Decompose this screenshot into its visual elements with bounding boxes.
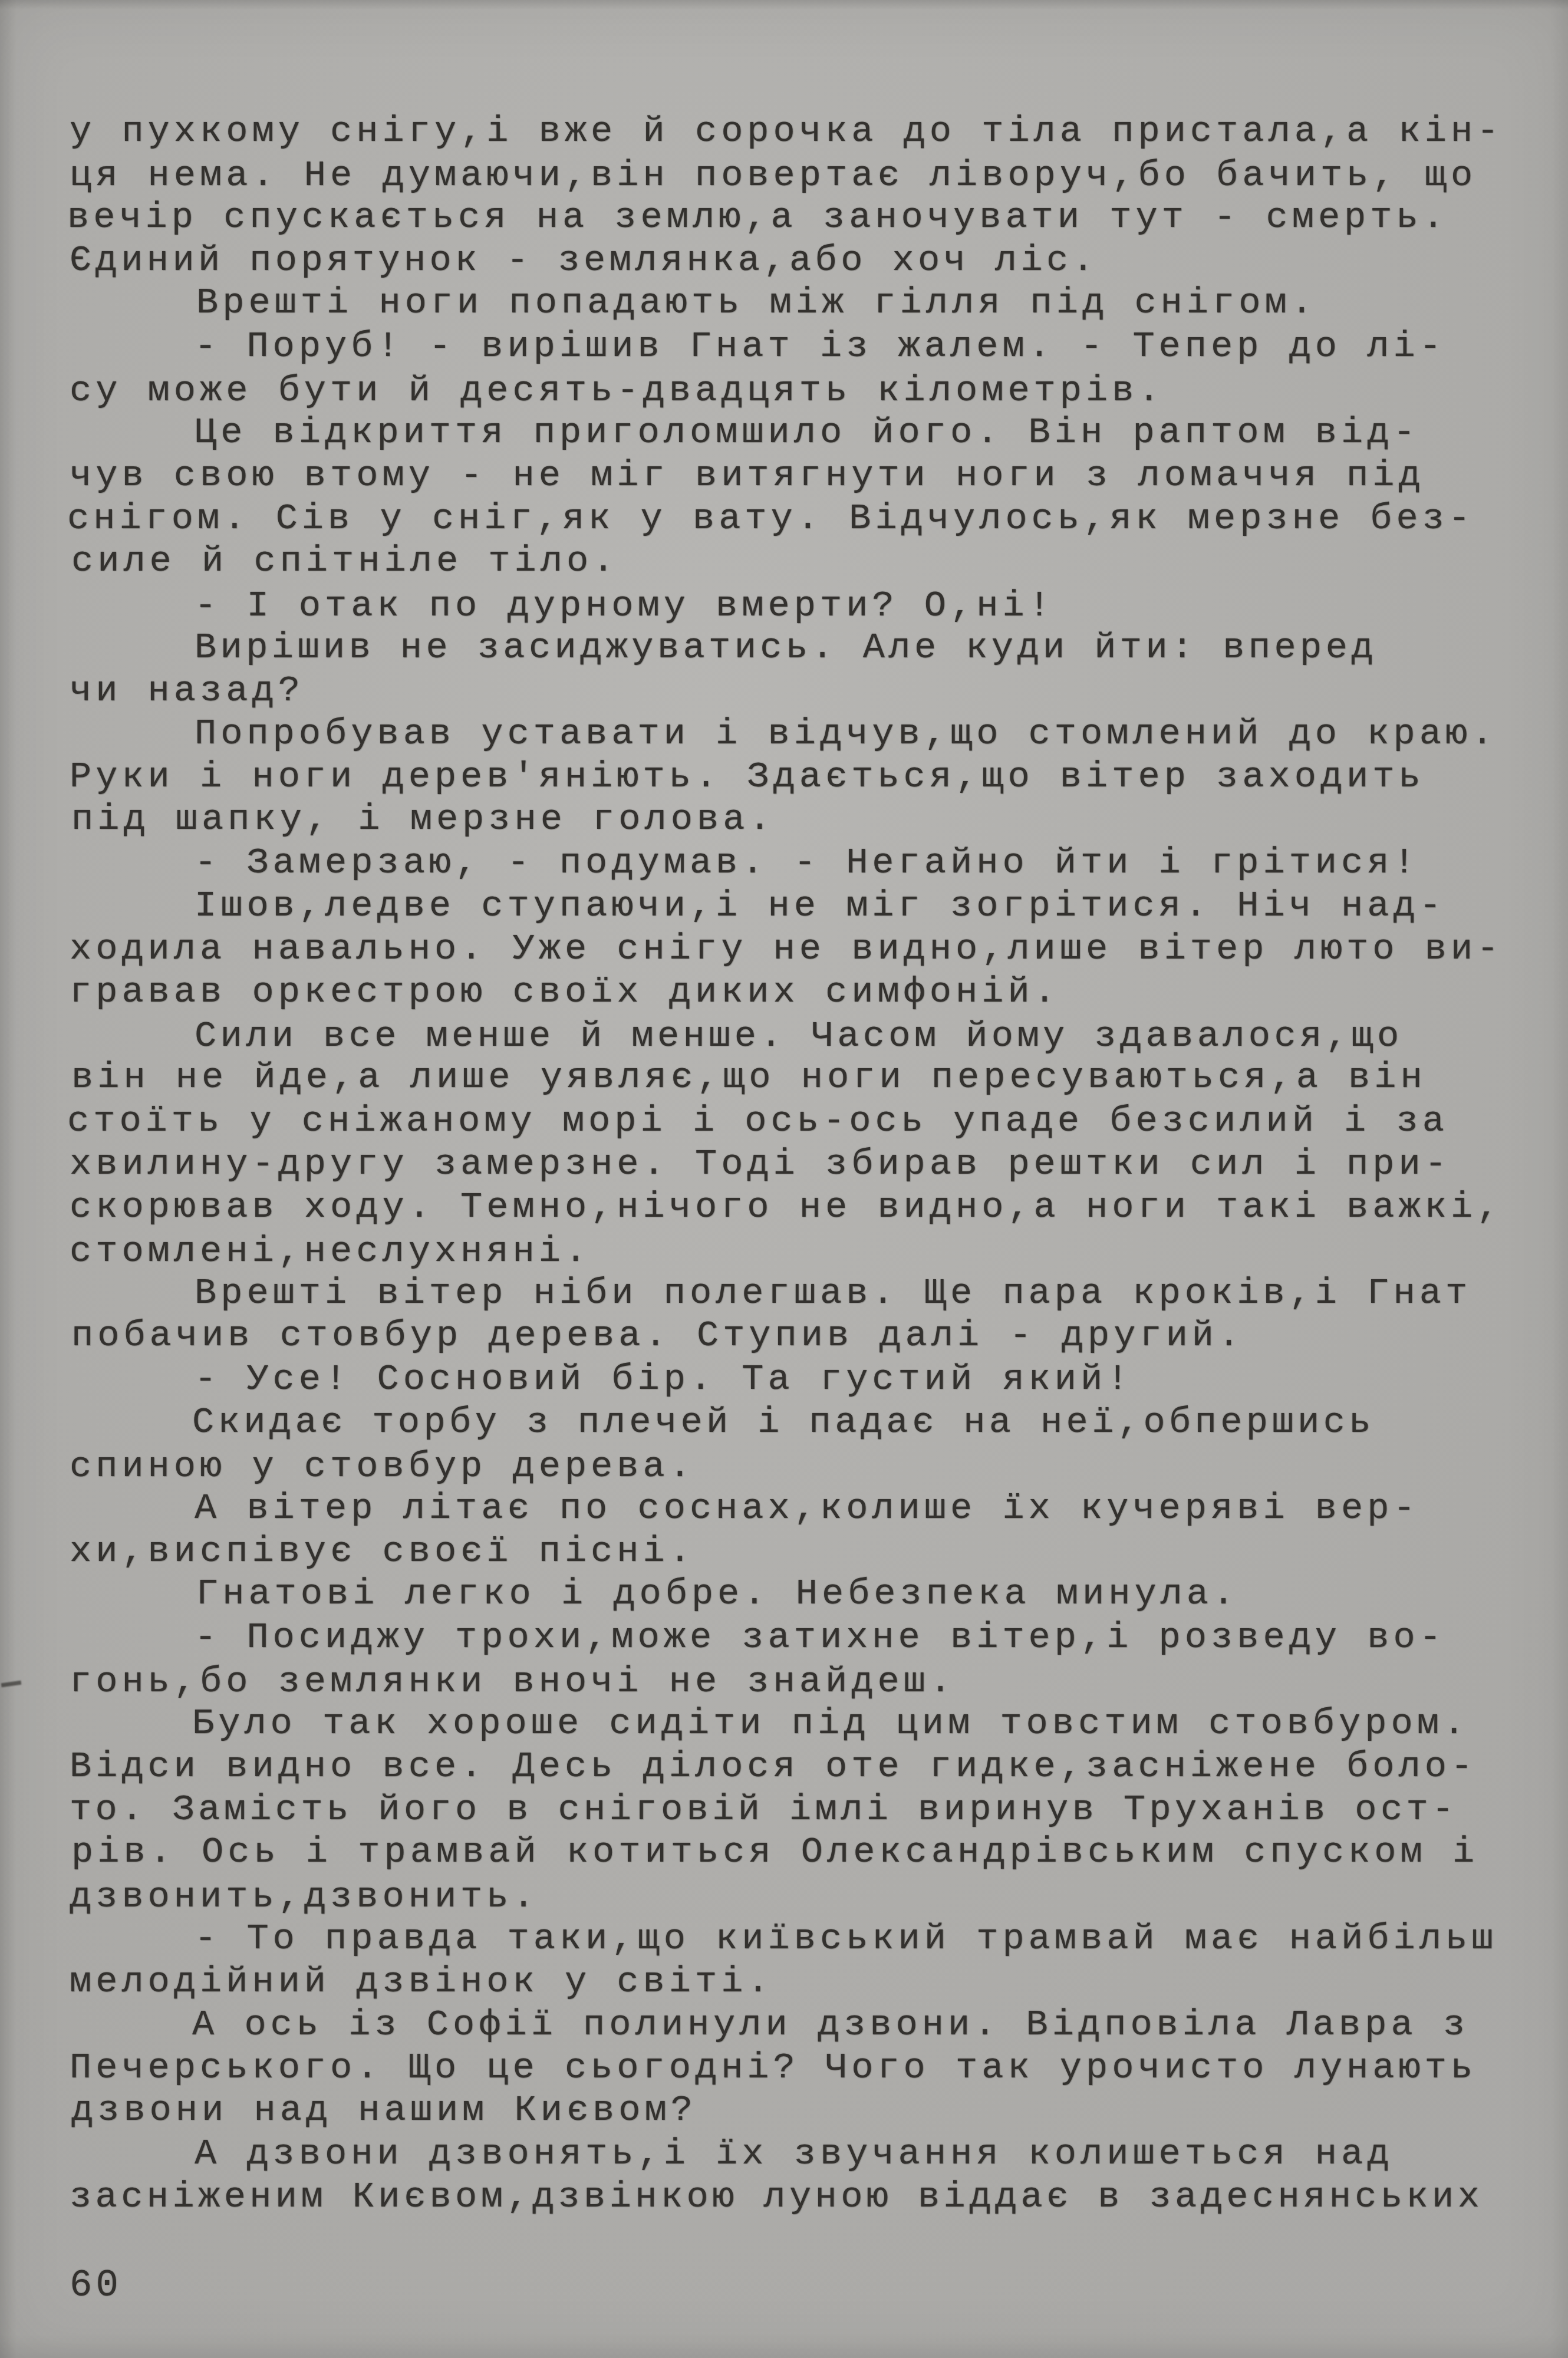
text-line: стоїть у сніжаному морі і ось-ось упаде … (67, 1099, 1553, 1142)
text-line: Врешті ноги попадають між гілля під сніг… (71, 281, 1557, 324)
text-line: дзвони над нашим Києвом? (71, 2089, 1557, 2132)
text-line: спиною у стовбур дерева. (70, 1445, 1555, 1488)
text-line: хвилину-другу замерзне. Тоді збирав решт… (70, 1142, 1555, 1185)
text-line: Руки і ноги дерев'яніють. Здається,що ві… (70, 755, 1555, 798)
text-line: - Поруб! - вирішив Гнат із жалем. - Тепе… (70, 325, 1555, 368)
text-line: А вітер літає по соснах,колише їх кучеря… (70, 1487, 1555, 1530)
typewritten-text-block: у пухкому снігу,і вже й сорочка до тіла … (70, 110, 1555, 2218)
text-line: су може бути й десять-двадцять кілометрі… (70, 369, 1555, 412)
text-line: рів. Ось і трамвай котиться Олександрівс… (71, 1830, 1557, 1873)
text-line: Печерського. Що це сьогодні? Чого так ур… (70, 2046, 1555, 2089)
text-line: гравав оркестрою своїх диких симфоній. (70, 970, 1555, 1013)
text-line: - Посиджу трохи,може затихне вітер,і роз… (70, 1616, 1555, 1659)
text-line: А ось із Софії полинули дзвони. Відповіл… (67, 2003, 1553, 2046)
text-line: - То правда таки,що київський трамвай ма… (70, 1917, 1555, 1960)
scan-artifact-mark (1, 1681, 22, 1688)
text-line: стомлені,неслухняні. (70, 1230, 1555, 1273)
text-line: Єдиний порятунок - землянка,або хоч ліс. (70, 239, 1555, 282)
text-line: - І отак по дурному вмерти? О,ні! (70, 584, 1555, 627)
text-line: хи,виспівує своєї пісні. (70, 1530, 1555, 1573)
text-line: Відси видно все. Десь ділося оте гидке,з… (70, 1745, 1555, 1788)
text-line: мелодійний дзвінок у світі. (70, 1960, 1555, 2003)
text-line: А дзвони дзвонять,і їх звучання колишеть… (70, 2132, 1555, 2175)
text-line: він не йде,а лише уявляє,що ноги пересув… (71, 1056, 1557, 1099)
page-number: 60 (70, 2265, 122, 2307)
text-line: побачив стовбур дерева. Ступив далі - др… (71, 1314, 1557, 1357)
text-line: ходила навально. Уже снігу не видно,лише… (70, 927, 1555, 970)
text-line: гонь,бо землянки вночі не знайдеш. (70, 1660, 1555, 1703)
text-line: ця нема. Не думаючи,він повертає ліворуч… (70, 154, 1555, 197)
text-line: дзвонить,дзвонить. (70, 1875, 1555, 1918)
text-line: силе й спітніле тіло. (71, 539, 1557, 582)
text-line: Було так хороше сидіти під цим товстим с… (67, 1702, 1553, 1745)
text-line: - Усе! Сосновий бір. Та густий який! (70, 1358, 1555, 1401)
text-line: Вирішив не засиджуватись. Але куди йти: … (70, 626, 1555, 669)
text-line: Попробував уставати і відчув,що стомлени… (70, 712, 1555, 755)
text-line: то. Замість його в сніговій імлі виринув… (70, 1788, 1555, 1831)
text-line: у пухкому снігу,і вже й сорочка до тіла … (70, 110, 1555, 153)
text-line: Ішов,ледве ступаючи,і не міг зогрітися. … (70, 884, 1555, 927)
text-line: Це відкриття приголомшило його. Він рапт… (70, 411, 1555, 454)
text-line: Скидає торбу з плечей і падає на неї,обп… (67, 1401, 1553, 1444)
text-line: Врешті вітер ніби полегшав. Ще пара крок… (70, 1272, 1555, 1315)
text-line: вечір спускається на землю,а заночувати … (67, 196, 1553, 239)
text-line: під шапку, і мерзне голова. (71, 798, 1557, 841)
text-line: засніженим Києвом,дзвінкою луною віддає … (70, 2175, 1555, 2218)
text-line: Сили все менше й менше. Часом йому здава… (70, 1015, 1555, 1058)
text-line: чув свою втому - не міг витягнути ноги з… (70, 454, 1555, 497)
text-line: снігом. Сів у сніг,як у вату. Відчулось,… (67, 497, 1553, 540)
text-line: Гнатові легко і добре. Небезпека минула. (71, 1572, 1557, 1615)
text-line: - Замерзаю, - подумав. - Негайно йти і г… (70, 841, 1555, 884)
scanned-page: у пухкому снігу,і вже й сорочка до тіла … (0, 0, 1568, 2358)
text-line: чи назад? (70, 669, 1555, 712)
text-line: скорював ходу. Темно,нічого не видно,а н… (70, 1185, 1555, 1229)
